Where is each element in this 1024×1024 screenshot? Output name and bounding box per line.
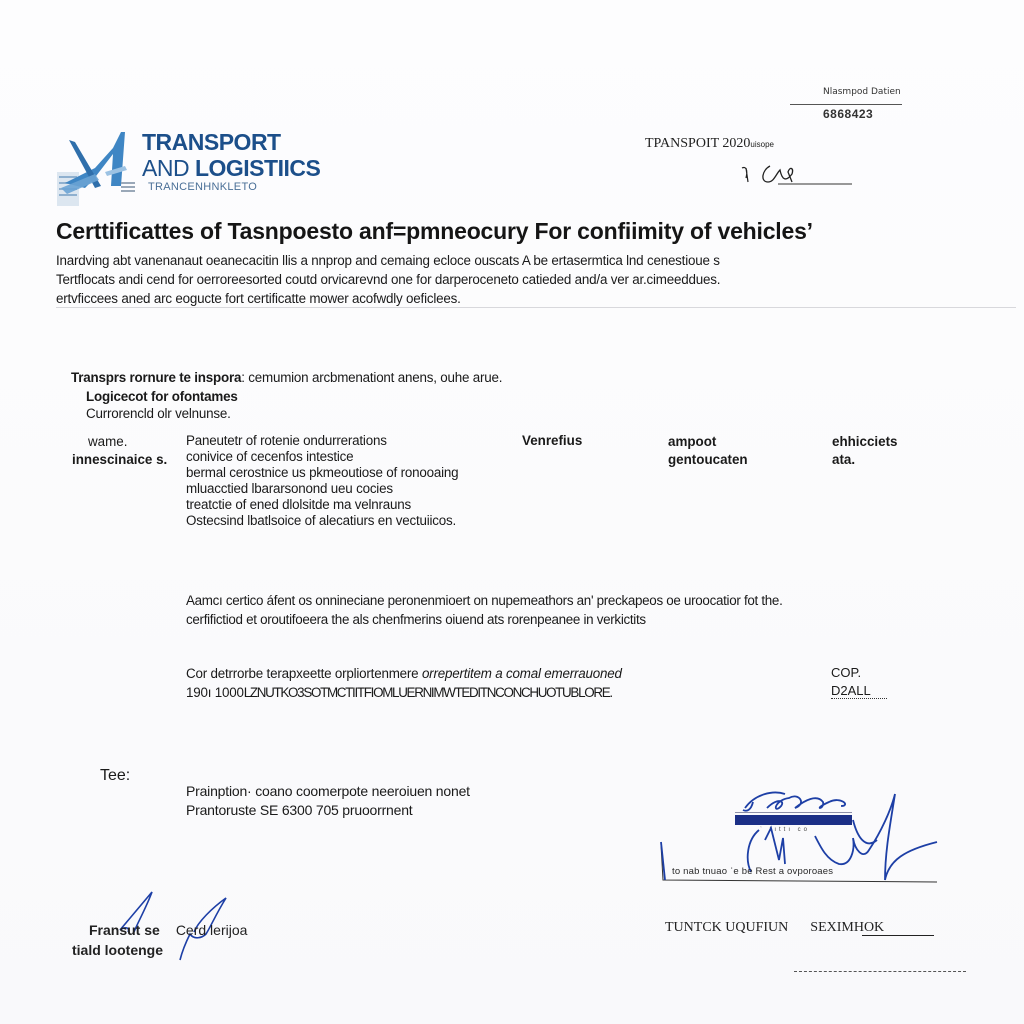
logo-subtitle-light: AND [142,155,195,181]
table-column-description: Paneutetr of rotenie ondurrerations coni… [186,433,458,529]
terms-line: Prantoruste SE 6300 705 pruoorrnent [186,801,470,820]
intro-line: ertvficcees aned arc eogucte fort certif… [56,289,720,308]
paragraph-line: cerfifictiod et oroutifoeera the als che… [186,610,783,629]
table-cell: wame. [72,433,167,451]
certificate-code: LZNUTKO3SOTMCTIITFIOMLUERNIMWTEDITNCONCH… [244,685,612,700]
logo-subtitle: AND LOGISTIICS [142,155,320,182]
terms-label: Tee: [100,767,130,785]
table-column-verified: Venrefius [522,433,582,448]
paragraph-text: Cor detrrorbe terapxeette orpliortenmere [186,666,422,681]
cop-value: D2ALL [831,683,887,699]
certificate-code-paragraph: Cor detrrorbe terapxeette orpliortenmere… [186,664,622,702]
compliance-paragraph: Aamcı certico áfent os onnineciane peron… [186,591,783,629]
reference-number: 6868423 [823,107,873,121]
paragraph-text-italic: orrepertitem a comal emerrauoned [422,666,622,681]
intro-paragraph: Inardving abt vanenanaut oeanecacitin ll… [56,251,720,308]
signatory-left-role: Cerd lerijoa [176,922,248,938]
section-note: Currorencld olr velnunse. [86,406,231,421]
table-cell: conivice of cecenfos intestice [186,449,458,465]
section-heading: Transprs rornure te inspora: cemumion ar… [71,370,502,385]
table-cell: ata. [832,451,898,469]
section-heading-rest: : cemumion arcbmenationt anens, ouhe aru… [241,370,502,385]
cop-block: COP. D2ALL [831,664,887,700]
table-cell: ehhicciets [832,433,898,451]
table-cell: Venrefius [522,433,582,448]
signatory-left-org: tiald lootenge [72,942,163,958]
signature-line [862,935,934,936]
document-title: Certtificattes of Tasnpoesto anf=pmneocu… [56,218,813,245]
official-signature-icon [655,780,945,895]
intro-line: Tertflocats andi cend for oerroreesorted… [56,270,720,289]
logo-subtitle-bold: LOGISTIICS [195,155,320,181]
signatory-right: TUNTCK UQUFIUNSEXIMHOK [665,920,884,936]
section-subheading: Logicecot for ofontames [86,389,238,404]
signatory-right-title: SEXIMHOK [810,920,884,935]
table-column-name: wame. innescinaice s. [72,433,167,469]
signatory-right-name: TUNTCK UQUFIUN [665,920,788,935]
transport-year-text: TPANSPOIT 2020 [645,136,750,151]
logo-title: TRANSPORT [142,129,281,156]
transport-logo-icon [55,128,137,208]
paragraph-line: Aamcı certico áfent os onnineciane peron… [186,591,783,610]
transport-year-suffix: uisope [750,140,774,149]
table-cell: Paneutetr of rotenie ondurrerations [186,433,458,449]
stamp-caption: to nab tnuao ʿe be Rest a ovporoaes [672,866,833,877]
table-cell: ampoot [668,433,748,451]
date-line [794,971,966,972]
signatory-left-name-bold: Fransut se [89,922,160,938]
terms-text: Prainption· coano coomerpote neeroiuen n… [186,782,470,820]
intro-divider [56,307,1016,308]
table-cell: innescinaice s. [72,451,167,469]
certificate-page: TRANSPORT AND LOGISTIICS TRANCENHNKLETO … [0,0,1024,1024]
section-heading-bold: Transprs rornure te inspora [71,370,241,385]
table-cell: Ostecsind lbatlsoice of alecatiurs en ve… [186,513,458,529]
table-cell: gentoucaten [668,451,748,469]
table-cell: mluacctied lbararsonond ueu cocies [186,481,458,497]
signatory-left-name: Fransut seCerd lerijoa [89,922,247,938]
transport-year: TPANSPOIT 2020uisope [645,136,774,152]
cop-label: COP. [831,664,887,682]
logo-tagline: TRANCENHNKLETO [148,181,257,193]
intro-line: Inardving abt vanenanaut oeanecacitin ll… [56,251,720,270]
table-cell: bermal cerostnice us pkmeoutiose of rono… [186,465,458,481]
table-cell: treatctie of ened dlolsitde ma velnrauns [186,497,458,513]
terms-line: Prainption· coano coomerpote neeroiuen n… [186,782,470,801]
reference-label: Nlasmpod Datien [823,87,901,97]
table-column-amount: ampoot gentoucaten [668,433,748,469]
certificate-number: 190ı 1000 [186,685,244,700]
reference-divider [790,104,902,105]
signature-top-icon [740,160,855,188]
table-column-vehicles: ehhicciets ata. [832,433,898,469]
